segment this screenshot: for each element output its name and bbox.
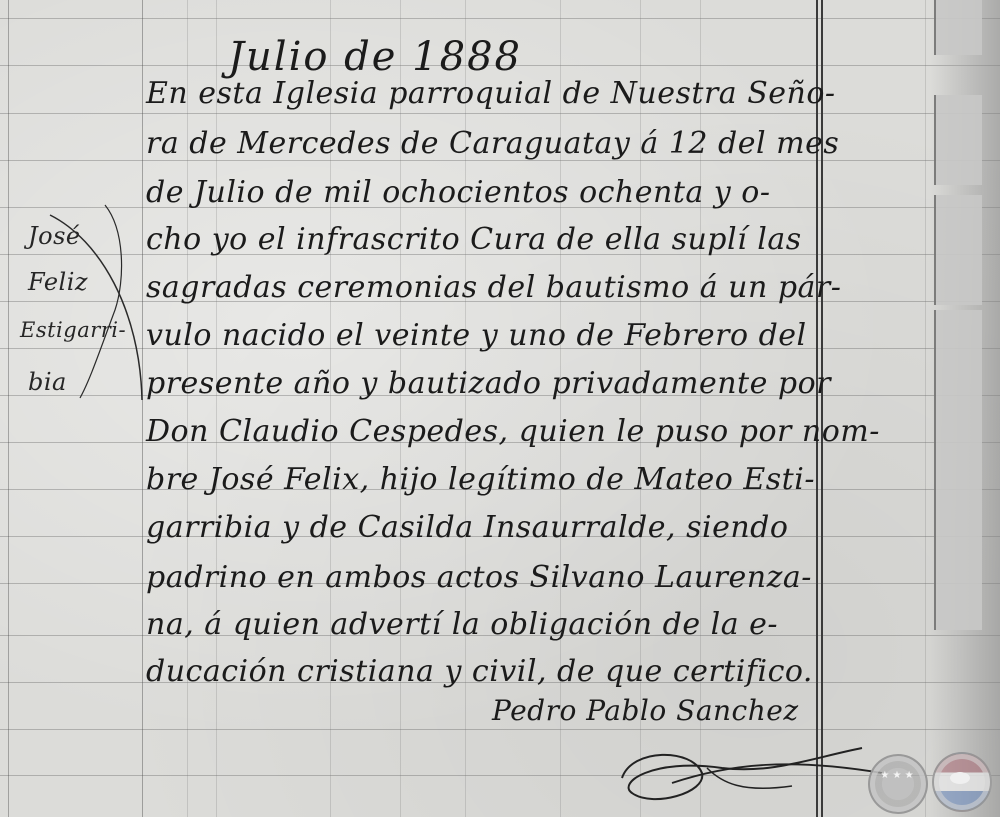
rule-line (0, 729, 1000, 730)
seal-stars: ★ ★ ★ (872, 770, 922, 781)
record-line: sagradas ceremonias del bautismo á un pá… (146, 270, 841, 305)
torn-paper-fragment (934, 310, 982, 630)
column-rule (925, 0, 926, 817)
page-margin-edge (8, 0, 9, 817)
seal-emblem-icon (950, 772, 970, 784)
torn-paper-fragment (934, 95, 982, 185)
column-rule (330, 0, 331, 817)
record-line: de Julio de mil ochocientos ochenta y o- (146, 175, 770, 210)
record-line: bre José Felix, hijo legítimo de Mateo E… (146, 462, 815, 497)
record-line: presente año y bautizado privadamente po… (146, 366, 831, 401)
rule-line (0, 113, 1000, 114)
priest-signature: Pedro Pablo Sanchez (492, 694, 799, 727)
record-line: na, á quien advertí la obligación de la … (146, 607, 778, 642)
signature-rubric-icon (612, 738, 902, 808)
double-rule-left (816, 0, 818, 817)
record-line: ducación cristiana y civil, de que certi… (146, 654, 813, 689)
archive-seal-icon (868, 754, 928, 814)
record-line: ra de Mercedes de Caraguatay á 12 del me… (146, 126, 839, 161)
torn-paper-fragment (934, 195, 982, 305)
record-line: garribia y de Casilda Insaurralde, siend… (146, 510, 788, 545)
record-line: vulo nacido el veinte y uno de Febrero d… (146, 318, 807, 353)
record-line: Don Claudio Cespedes, quien le puso por … (146, 414, 880, 449)
record-line: En esta Iglesia parroquial de Nuestra Se… (146, 76, 836, 111)
record-line: padrino en ambos actos Silvano Laurenza- (146, 560, 812, 595)
column-rule (465, 0, 466, 817)
column-rule (400, 0, 401, 817)
date-heading: Julio de 1888 (228, 34, 522, 80)
column-rule (187, 0, 188, 817)
rule-line (0, 18, 1000, 19)
record-line: cho yo el infrascrito Cura de ella suplí… (146, 222, 802, 257)
column-rule (216, 0, 217, 817)
register-page: Julio de 1888 José Feliz Estigarri- bia … (0, 0, 1000, 817)
torn-paper-fragment (934, 0, 982, 55)
margin-note-line: bia (28, 368, 67, 396)
double-rule-right (821, 0, 823, 817)
